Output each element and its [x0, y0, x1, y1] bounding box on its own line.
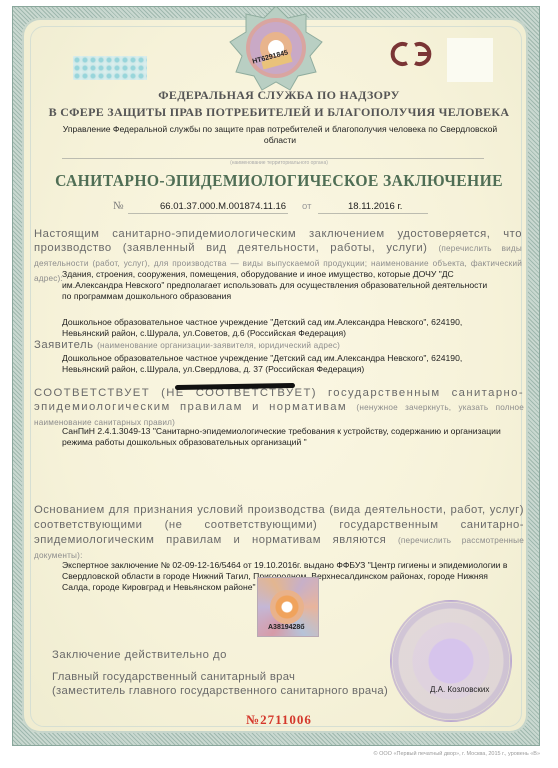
printer-line: © ООО «Первый печатный двор», г. Москва,…	[374, 751, 540, 757]
conformity-word: СООТВЕТСТВУЕТ	[34, 387, 150, 399]
sanpin-text: СанПиН 2.4.1.3049-13 "Санитарно-эпидемио…	[62, 426, 502, 448]
applicant-note: (наименование организации-заявителя, юри…	[97, 341, 340, 350]
signer-name: Д.А. Козловских	[430, 684, 489, 695]
hologram-c-icon	[270, 590, 304, 624]
applicant-label: Заявитель	[34, 339, 93, 351]
date-label: от	[302, 201, 311, 212]
regional-office-line-2: области	[60, 135, 500, 146]
office-underline	[62, 158, 484, 159]
se-logo-icon	[385, 40, 441, 68]
basis-paragraph: Основанием для признания условий произво…	[34, 503, 524, 563]
signer-title: Главный государственный санитарный врач	[52, 670, 295, 684]
number-label: №	[113, 200, 124, 212]
applicant-value: Дошкольное образовательное частное учреж…	[62, 353, 482, 375]
number-value: 66.01.37.000.М.001874.11.16	[160, 201, 286, 212]
applicant-row: Заявитель (наименование организации-заяв…	[34, 338, 340, 353]
activity-text: Здания, строения, сооружения, помещения,…	[62, 269, 498, 302]
object-address: Дошкольное образовательное частное учреж…	[62, 317, 482, 339]
hologram-rosette-icon	[226, 6, 326, 92]
agency-line-1: ФЕДЕРАЛЬНАЯ СЛУЖБА ПО НАДЗОРУ	[0, 88, 558, 103]
conformity-paragraph: СООТВЕТСТВУЕТ (НЕ СООТВЕТСТВУЕТ) государ…	[34, 386, 524, 430]
regional-office-line-1: Управление Федеральной службы по защите …	[60, 124, 500, 135]
form-serial: №2711006	[0, 712, 558, 728]
signer-title-alt: (заместитель главного государственного с…	[52, 684, 388, 698]
hologram-serial: А3819428б	[268, 624, 305, 631]
security-pattern	[73, 56, 147, 80]
number-underline	[128, 213, 288, 214]
blank-box	[447, 38, 493, 82]
document-title: САНИТАРНО-ЭПИДЕМИОЛОГИЧЕСКОЕ ЗАКЛЮЧЕНИЕ	[22, 171, 535, 191]
office-caption: (наименование территориального органа)	[0, 160, 558, 166]
agency-line-2: В СФЕРЕ ЗАЩИТЫ ПРАВ ПОТРЕБИТЕЛЕЙ И БЛАГО…	[0, 105, 558, 120]
valid-until-label: Заключение действительно до	[52, 648, 227, 662]
date-underline	[318, 213, 428, 214]
date-value: 18.11.2016 г.	[348, 201, 402, 212]
official-seal	[390, 600, 512, 722]
